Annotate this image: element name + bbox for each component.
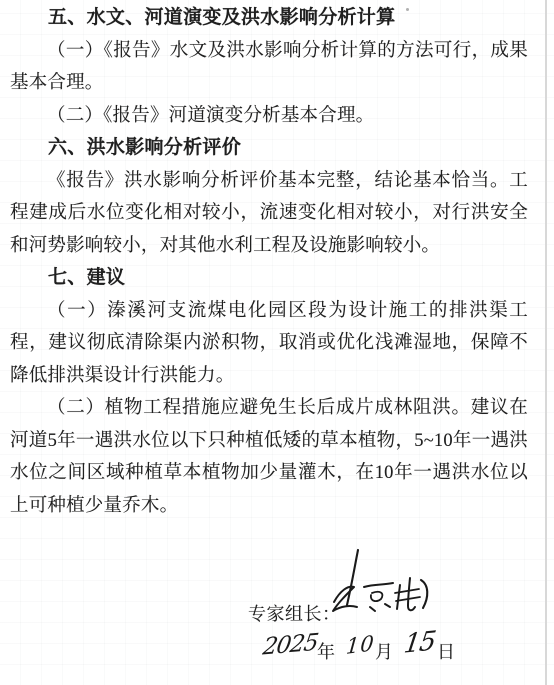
handwritten-signature-icon — [328, 545, 438, 619]
document-page: 五、水文、河道演变及洪水影响分析计算 （一）《报告》水文及洪水影响分析计算的方法… — [0, 0, 554, 685]
paragraph-6-1: 《报告》洪水影响分析评价基本完整，结论基本恰当。工程建成后水位变化相对较小，流速… — [10, 165, 528, 263]
date-day-unit: 日 — [437, 638, 455, 664]
scan-edge-line — [545, 0, 547, 685]
paragraph-7-2: （二）植物工程措施应避免生长后成片成林阻洪。建议在河道5年一遇洪水位以下只种植低… — [10, 392, 528, 522]
section-heading-six: 六、洪水影响分析评价 — [10, 132, 528, 165]
date-day-handwritten: 15 — [402, 626, 437, 660]
date-month-unit: 月 — [375, 638, 393, 664]
section-heading-seven: 七、建议 — [10, 262, 528, 295]
paragraph-5-2: （二）《报告》河道演变分析基本合理。 — [10, 100, 528, 133]
date-year-unit: 年 — [317, 638, 335, 664]
date-year-handwritten: 2025 — [261, 629, 320, 660]
document-body: 五、水文、河道演变及洪水影响分析计算 （一）《报告》水文及洪水影响分析计算的方法… — [10, 2, 528, 522]
section-heading-five: 五、水文、河道演变及洪水影响分析计算 — [10, 2, 528, 35]
signature-role-label: 专家组长： — [248, 600, 341, 626]
paragraph-7-1: （一）溱溪河支流煤电化园区段为设计施工的排洪渠工程，建议彻底清除渠内淤积物，取消… — [10, 295, 528, 393]
paragraph-5-1: （一）《报告》水文及洪水影响分析计算的方法可行，成果基本合理。 — [10, 35, 528, 100]
date-month-handwritten: 10 — [345, 631, 376, 659]
